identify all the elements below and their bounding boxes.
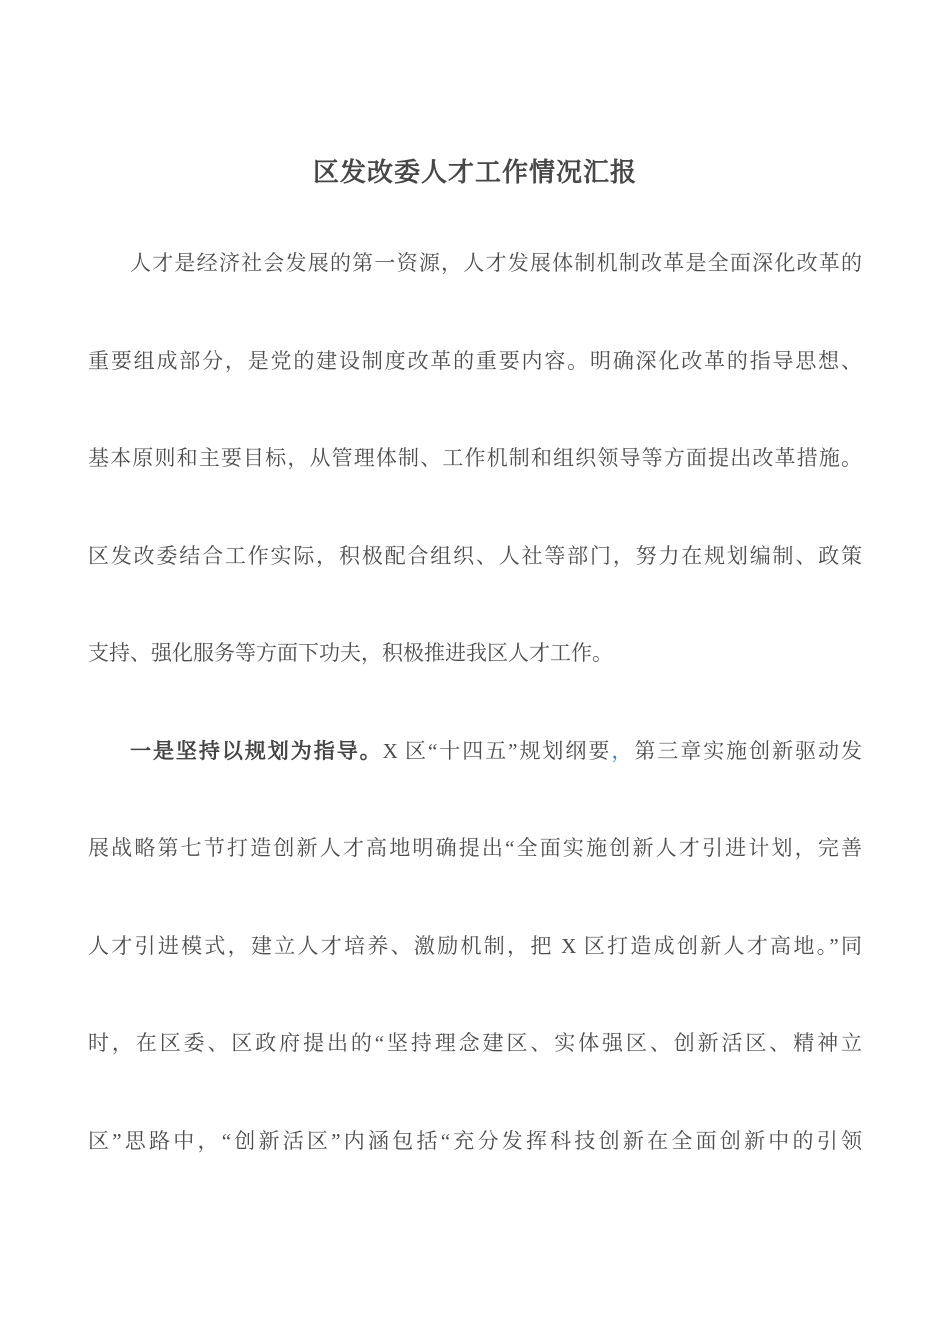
document-body: 人才是经济社会发展的第一资源，人才发展体制机制改革是全面深化改革的重要组成部分，…	[88, 215, 862, 1190]
text-line-p1-l2: 重要组成部分，是党的建设制度改革的重要内容。明确深化改革的指导思想、	[88, 313, 862, 411]
text-run: 支持、强化服务等方面下功夫，积极推进我区人才工作。	[88, 641, 613, 665]
text-line-p2-l4: 时，在区委、区政府提出的“坚持理念建区、实体强区、创新活区、精神立	[88, 995, 862, 1093]
text-run: 展战略第七节打造创新人才高地明确提出“全面实施创新人才引进计划，完善	[88, 836, 862, 860]
text-run: 区发改委结合工作实际，积极配合组织、人社等部门，努力在规划编制、政策	[88, 544, 862, 568]
text-run: 区”思路中，“创新活区”内涵包括“充分发挥科技创新在全面创新中的引领	[88, 1129, 862, 1153]
text-run: 基本原则和主要目标，从管理体制、工作机制和组织领导等方面提出改革措施。	[88, 446, 862, 470]
bold-lead-run: 一是坚持以规划为指导。	[130, 739, 383, 763]
document-title: 区发改委人才工作情况汇报	[0, 152, 950, 189]
document-page: 区发改委人才工作情况汇报 人才是经济社会发展的第一资源，人才发展体制机制改革是全…	[0, 0, 950, 1344]
text-line-p2-l2: 展战略第七节打造创新人才高地明确提出“全面实施创新人才引进计划，完善	[88, 800, 862, 898]
text-run: 第三章实施创新驱动发	[634, 739, 862, 763]
text-run: 人才引进模式，建立人才培养、激励机制，把 X 区打造成创新人才高地。”同	[88, 934, 862, 958]
text-run: X 区“十四五”规划纲要	[383, 739, 612, 763]
text-run: 人才是经济社会发展的第一资源，人才发展体制机制改革是全面深化改革的	[130, 251, 862, 275]
text-line-p1-l1: 人才是经济社会发展的第一资源，人才发展体制机制改革是全面深化改革的	[88, 215, 862, 313]
text-line-p2-l5: 区”思路中，“创新活区”内涵包括“充分发挥科技创新在全面创新中的引领	[88, 1093, 862, 1191]
text-line-p1-l4: 区发改委结合工作实际，积极配合组织、人社等部门，努力在规划编制、政策	[88, 508, 862, 606]
blue-comma-run: ，	[611, 739, 634, 763]
text-line-p1-l3: 基本原则和主要目标，从管理体制、工作机制和组织领导等方面提出改革措施。	[88, 410, 862, 508]
text-line-p2-l3: 人才引进模式，建立人才培养、激励机制，把 X 区打造成创新人才高地。”同	[88, 898, 862, 996]
text-run: 重要组成部分，是党的建设制度改革的重要内容。明确深化改革的指导思想、	[88, 349, 862, 373]
text-line-p2-l1: 一是坚持以规划为指导。X 区“十四五”规划纲要，第三章实施创新驱动发	[88, 703, 862, 801]
text-run: 时，在区委、区政府提出的“坚持理念建区、实体强区、创新活区、精神立	[88, 1031, 862, 1055]
text-line-p1-l5: 支持、强化服务等方面下功夫，积极推进我区人才工作。	[88, 605, 862, 703]
